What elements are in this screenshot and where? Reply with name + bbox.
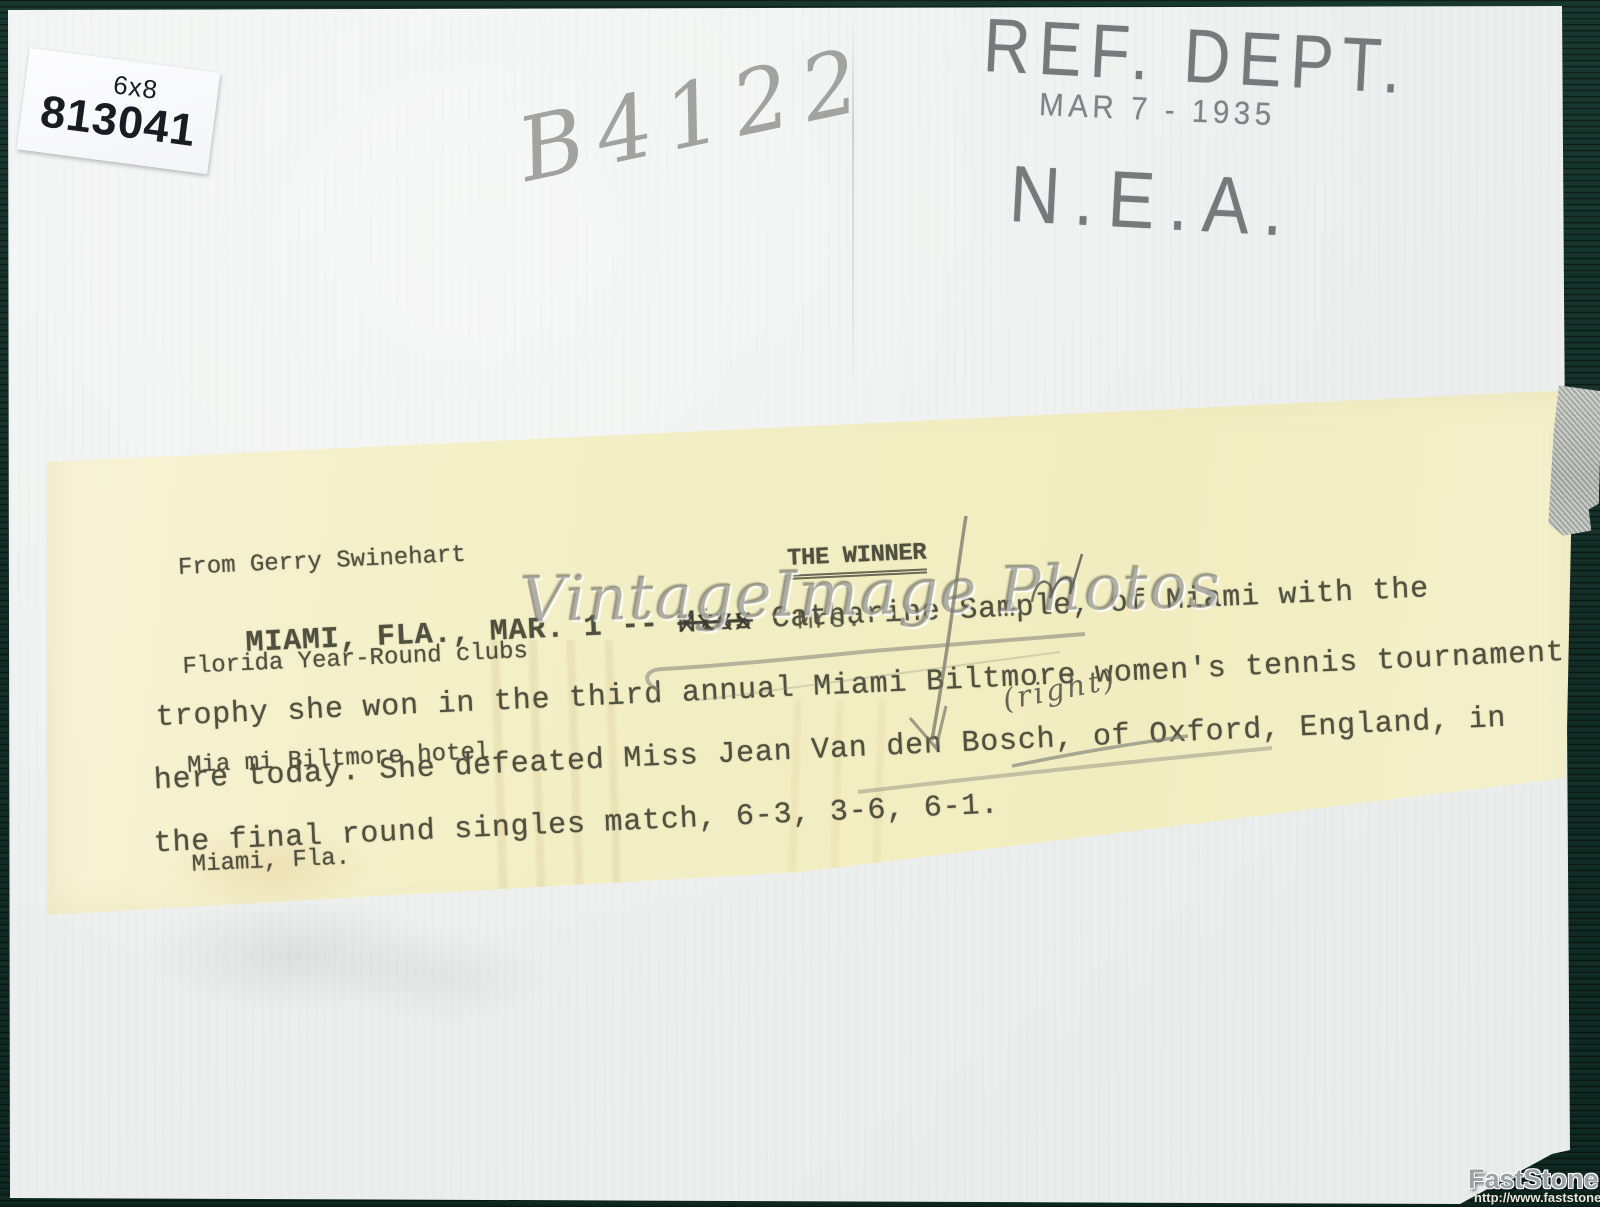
sender-line: From Gerry Swinehart: [177, 536, 524, 585]
nea-agency-stamp: N.E.A.: [1007, 148, 1299, 255]
paper-smudge: [330, 930, 560, 1025]
faststone-url-watermark: http://www.faststone.org: [1474, 1190, 1600, 1205]
scanned-photo-back: 6x8 813041 REF. DEPT. MAR 7 - 1935 N.E.A…: [0, 0, 1600, 1207]
vintage-image-photos-watermark: VintageImage Photos: [519, 549, 1221, 637]
